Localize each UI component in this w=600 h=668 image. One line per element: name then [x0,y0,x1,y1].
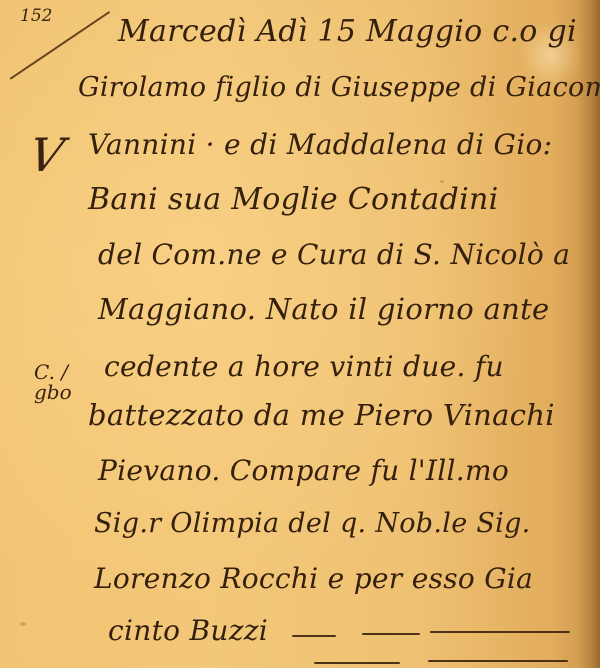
ink-spot [20,622,26,626]
text-line-4: Bani sua Moglie Contadini [88,182,498,217]
text-line-11: Lorenzo Rocchi e per esso Gia [94,562,533,595]
text-line-2: Girolamo figlio di Giuseppe di Giacomo [78,72,600,103]
text-line-9: Pievano. Compare fu l'Ill.mo [98,454,509,487]
register-page: 152 V C. / gbo Marcedì Adì 15 Maggio c.o… [0,0,600,668]
closing-dash [428,660,568,662]
text-line-6: Maggiano. Nato il giorno ante [98,292,550,326]
text-line-10: Sig.r Olimpia del q. Nob.le Sig. [94,508,531,539]
folio-number: 152 [20,6,52,26]
text-line-1: Marcedì Adì 15 Maggio c.o gi [118,14,577,49]
margin-entry-mark: V [25,128,68,182]
text-line-12: cinto Buzzi [108,614,268,647]
text-line-7: cedente a hore vinti due. fu [104,350,504,383]
text-line-8: battezzato da me Piero Vinachi [88,398,555,432]
closing-dash [430,631,570,633]
closing-dash [362,633,420,635]
margin-lower-note: C. / gbo [34,362,74,402]
text-line-3: Vannini · e di Maddalena di Gio: [88,128,552,161]
closing-dash [292,635,336,637]
text-line-5: del Com.ne e Cura di S. Nicolò a [98,238,570,271]
closing-dash [314,662,400,664]
